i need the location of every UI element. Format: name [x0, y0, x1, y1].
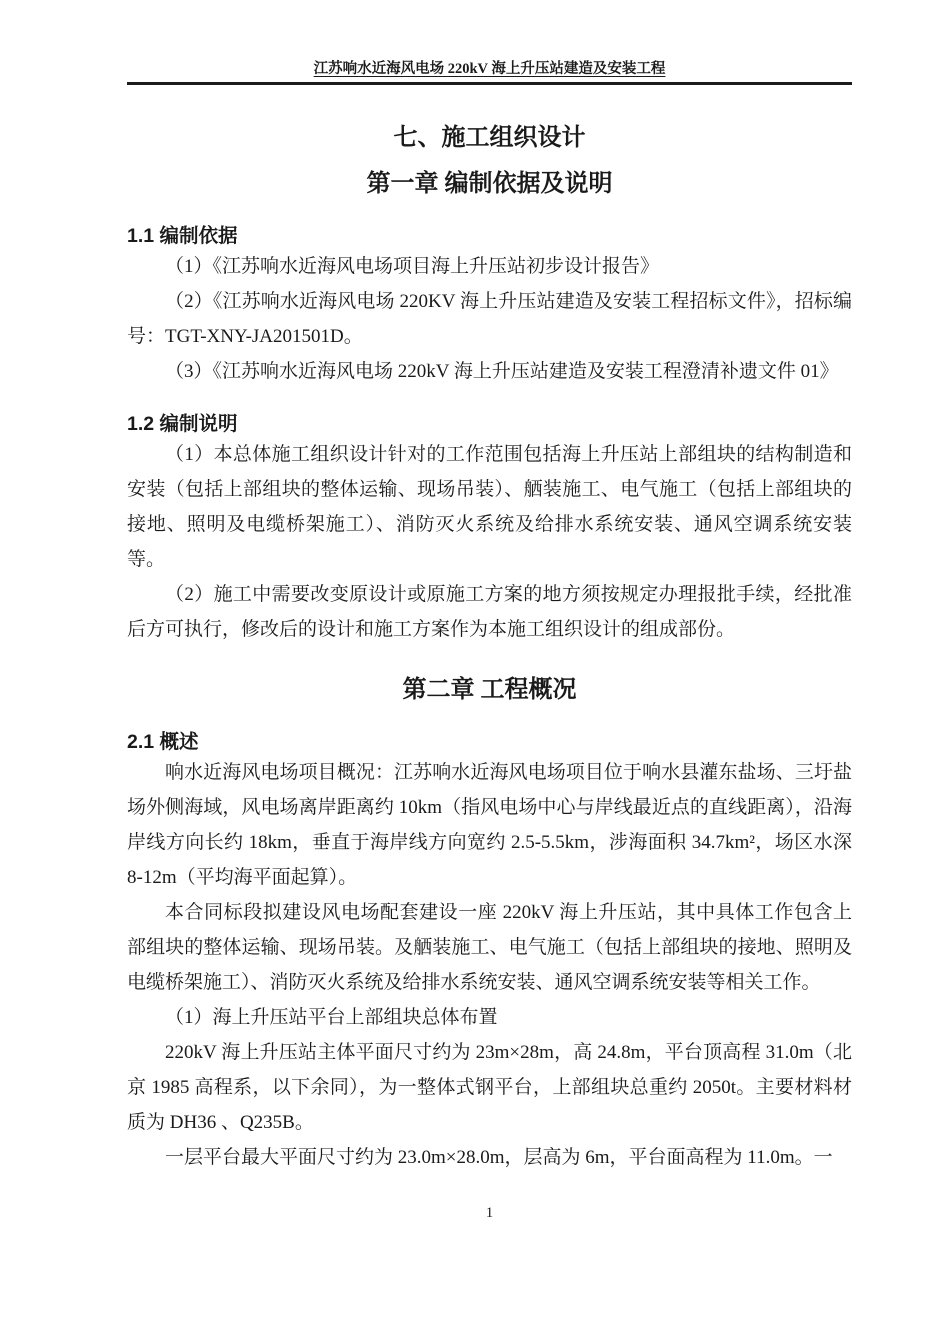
list-item-1-2-1: （1）本总体施工组织设计针对的工作范围包括海上升压站上部组块的结构制造和安装（包…: [127, 437, 852, 577]
list-item-1-1-1: （1）《江苏响水近海风电场项目海上升压站初步设计报告》: [127, 249, 852, 284]
heading-2-1: 2.1 概述: [127, 729, 852, 755]
chapter-1-title: 第一章 编制依据及说明: [127, 167, 852, 201]
list-item-1-1-2: （2）《江苏响水近海风电场 220KV 海上升压站建造及安装工程招标文件》，招标…: [127, 284, 852, 354]
document-page: 江苏响水近海风电场 220kV 海上升压站建造及安装工程 七、施工组织设计 第一…: [0, 0, 950, 1344]
paragraph-overview-4: 220kV 海上升压站主体平面尺寸约为 23m×28m，高 24.8m，平台顶高…: [127, 1035, 852, 1140]
page-header: 江苏响水近海风电场 220kV 海上升压站建造及安装工程: [127, 0, 852, 85]
paragraph-overview-3: （1）海上升压站平台上部组块总体布置: [127, 1000, 852, 1035]
heading-1-1: 1.1 编制依据: [127, 223, 852, 249]
heading-1-2: 1.2 编制说明: [127, 411, 852, 437]
paragraph-overview-5: 一层平台最大平面尺寸约为 23.0m×28.0m，层高为 6m，平台面高程为 1…: [127, 1140, 852, 1175]
document-body: 七、施工组织设计 第一章 编制依据及说明 1.1 编制依据 （1）《江苏响水近海…: [127, 121, 852, 1175]
chapter-2-title: 第二章 工程概况: [127, 673, 852, 707]
list-item-1-2-2: （2）施工中需要改变原设计或原施工方案的地方须按规定办理报批手续，经批准后方可执…: [127, 577, 852, 647]
section-title: 七、施工组织设计: [127, 121, 852, 155]
list-item-1-1-3: （3）《江苏响水近海风电场 220kV 海上升压站建造及安装工程澄清补遗文件 0…: [127, 354, 852, 389]
page-number: 1: [486, 1205, 494, 1221]
paragraph-overview-1: 响水近海风电场项目概况：江苏响水近海风电场项目位于响水县灌东盐场、三圩盐场外侧海…: [127, 755, 852, 895]
page-footer: 1: [127, 1203, 852, 1223]
running-title: 江苏响水近海风电场 220kV 海上升压站建造及安装工程: [314, 61, 666, 77]
paragraph-overview-2: 本合同标段拟建设风电场配套建设一座 220kV 海上升压站，其中具体工作包含上部…: [127, 895, 852, 1000]
